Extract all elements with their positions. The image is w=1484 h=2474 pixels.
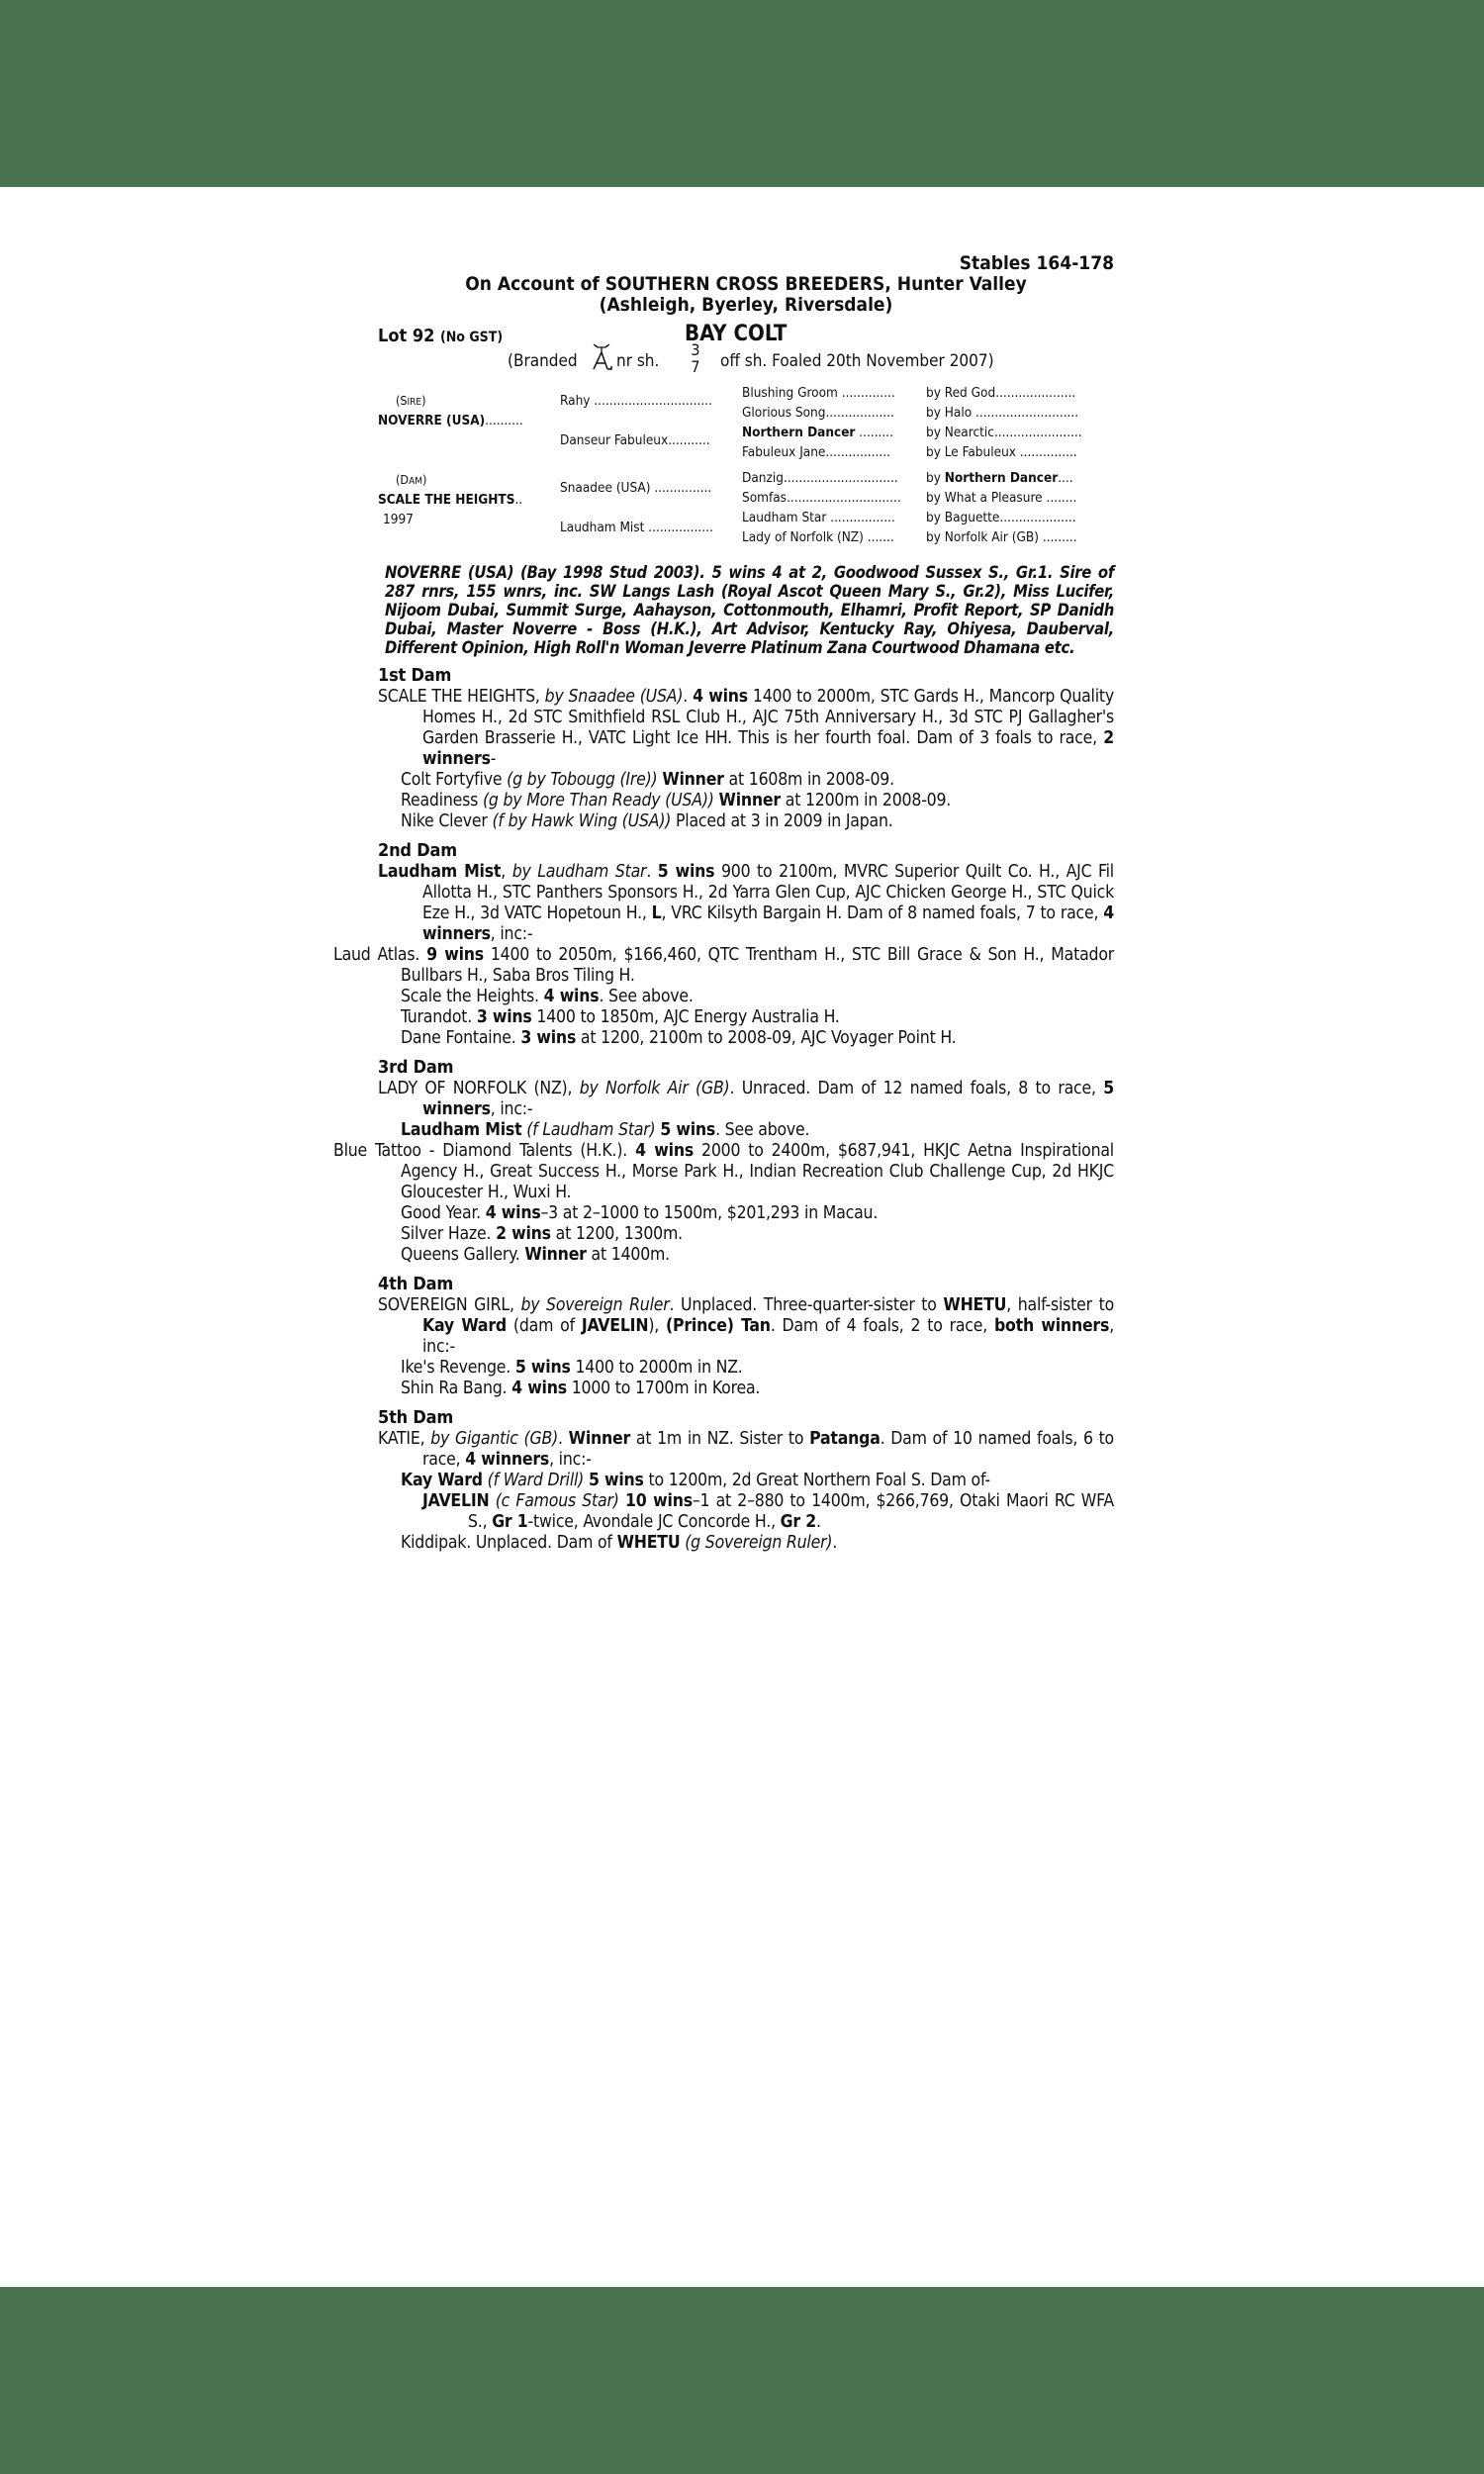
sire-name: by Red God: [926, 385, 995, 401]
progeny-wins: 2 wins: [496, 1224, 551, 1244]
progeny-wins: 4 wins: [635, 1141, 694, 1161]
progeny-text: at 1608m in 2008-09.: [724, 770, 894, 790]
brand-line: (Branded nr sh. 3 7 off sh. Foaled 20th …: [378, 347, 1114, 381]
progeny-item: Turandot. 3 wins 1400 to 1850m, AJC Ener…: [378, 1007, 1114, 1028]
progeny-wins: 3 wins: [477, 1007, 532, 1027]
sire-name: by Le Fabuleux: [926, 444, 1016, 460]
gen3-sire: by Northern Dancer....: [926, 470, 1073, 486]
progeny-wins: 5 wins: [589, 1471, 644, 1490]
gen3-sire: by Halo ...........................: [926, 405, 1078, 421]
sire-ref: by Laudham Star: [512, 862, 647, 882]
horse-name: Rahy: [560, 393, 590, 409]
progeny-item: Nike Clever (f by Hawk Wing (USA)) Place…: [378, 811, 1114, 832]
progeny-text: -twice, Avondale JC Concorde H.,: [528, 1512, 781, 1532]
winners: 4 winners: [465, 1450, 549, 1470]
dam-cell: SCALE THE HEIGHTS..: [378, 492, 522, 508]
progeny-wins: Winner: [662, 770, 723, 790]
relative-name: (Prince) Tan: [666, 1316, 771, 1336]
section-heading: 3rd Dam: [378, 1057, 1114, 1079]
dots: ...............................: [590, 393, 711, 409]
branded-mid: nr sh.: [616, 351, 659, 371]
sep: .: [670, 1295, 682, 1315]
third-dam-section: 3rd Dam LADY OF NORFOLK (NZ), by Norfolk…: [378, 1057, 1114, 1266]
sire-name: NOVERRE (USA): [378, 413, 485, 428]
dots: .......................: [994, 425, 1082, 440]
progeny-text: 1000 to 1700m in Korea.: [567, 1379, 760, 1398]
dam-name: Laudham Mist: [378, 862, 501, 882]
dam-year: 1997: [383, 512, 414, 527]
brand-denominator: 7: [689, 358, 702, 375]
gen3-row: Glorious Song..................: [742, 405, 894, 421]
dots: .........: [855, 425, 893, 440]
progeny-name: Kiddipak.: [401, 1533, 476, 1553]
progeny-item: Scale the Heights. 4 wins. See above.: [378, 987, 1114, 1007]
progeny-detail: (f Ward Drill): [488, 1471, 584, 1490]
branded-suffix: off sh. Foaled 20th November 2007): [720, 351, 994, 371]
brand-numerator: 3: [689, 341, 702, 358]
progeny-wins: 9 wins: [426, 945, 484, 965]
stables-number: Stables 164-178: [378, 252, 1114, 274]
progeny-wins: 10 wins: [625, 1491, 693, 1511]
dots: ..............................: [784, 470, 898, 486]
progeny-name: Silver Haze.: [401, 1224, 496, 1244]
sep: ,: [510, 1295, 521, 1315]
progeny-item: Laud Atlas. 9 wins 1400 to 2050m, $166,4…: [378, 945, 1114, 987]
top-green-band: [0, 0, 1484, 187]
sire-name: Northern Dancer: [945, 470, 1058, 486]
progeny-text: .: [816, 1512, 821, 1532]
dots: ...............: [650, 480, 711, 496]
group-badge: Gr 2: [781, 1512, 816, 1532]
progeny-name: Turandot.: [401, 1007, 477, 1027]
progeny-text: 1400 to 2000m in NZ.: [571, 1358, 743, 1378]
progeny-text: at 1400m.: [587, 1245, 670, 1265]
dots: ...........................: [972, 405, 1078, 421]
record-text: , half-sister to: [1006, 1295, 1114, 1315]
tail: , inc:-: [491, 924, 533, 944]
dots: ....................: [999, 510, 1075, 525]
progeny-name: Kay Ward: [401, 1471, 483, 1490]
relative-name: Patanga: [809, 1429, 881, 1449]
dam-name: SCALE THE HEIGHTS: [378, 687, 535, 707]
gen3-sire: by Le Fabuleux ...............: [926, 444, 1077, 460]
bottom-green-band: [0, 2287, 1484, 2474]
dots: ..........: [485, 413, 523, 428]
sire-ref: by Snaadee (USA): [545, 687, 684, 707]
progeny-detail: (f by Hawk Wing (USA)): [492, 811, 671, 831]
progeny-item: Queens Gallery. Winner at 1400m.: [378, 1245, 1114, 1266]
progeny-name: Nike Clever: [401, 811, 488, 831]
pedigree-table: (SIRE) NOVERRE (USA).......... (DAM) SCA…: [378, 387, 1114, 557]
dots: .................: [825, 444, 890, 460]
progeny-text: at 1200, 2100m to 2008-09, AJC Voyager P…: [576, 1028, 956, 1048]
gen3-row: Somfas..............................: [742, 490, 901, 506]
progeny-name: Queens Gallery.: [401, 1245, 524, 1265]
sep: ,: [535, 687, 545, 707]
sire-label: (SIRE): [396, 393, 426, 408]
progeny-wins: 5 wins: [515, 1358, 571, 1378]
sep: .: [558, 1429, 569, 1449]
granddam-maternal: Laudham Mist .................: [560, 520, 713, 535]
sire-name: by What a Pleasure: [926, 490, 1043, 506]
wins: 5 wins: [658, 862, 715, 882]
listed-badge: L: [652, 904, 662, 923]
tail: .: [832, 1533, 837, 1553]
sire-prefix: by: [926, 470, 945, 486]
progeny-name: Laud Atlas.: [333, 945, 426, 965]
gen3-row: Blushing Groom ..............: [742, 385, 895, 401]
progeny-text: at 1200m in 2008-09.: [781, 791, 951, 810]
dam-name: KATIE: [378, 1429, 420, 1449]
progeny-detail: (g Sovereign Ruler): [685, 1533, 832, 1553]
dots: ..: [514, 492, 522, 508]
section-heading: 5th Dam: [378, 1407, 1114, 1429]
progeny-wins: Winner: [524, 1245, 586, 1265]
progeny-detail: (g by More Than Ready (USA)): [483, 791, 714, 810]
section-heading: 1st Dam: [378, 665, 1114, 687]
dam-record: LADY OF NORFOLK (NZ), by Norfolk Air (GB…: [378, 1079, 1114, 1120]
progeny-item: Laudham Mist (f Laudham Star) 5 wins. Se…: [378, 1120, 1114, 1141]
progeny-name: JAVELIN: [422, 1491, 489, 1511]
horse-name: Glorious Song: [742, 405, 825, 421]
branded-prefix: (Branded: [508, 351, 578, 371]
sire-ref: by Gigantic (GB): [430, 1429, 558, 1449]
progeny-wins: 5 wins: [660, 1120, 715, 1140]
lot-label: Lot 92: [378, 326, 434, 346]
progeny-wins: Winner: [719, 791, 781, 810]
sep: ,: [501, 862, 511, 882]
progeny-item: Ike's Revenge. 5 wins 1400 to 2000m in N…: [378, 1358, 1114, 1379]
vendor-line: On Account of SOUTHERN CROSS BREEDERS, H…: [378, 274, 1114, 295]
dam-name: LADY OF NORFOLK (NZ): [378, 1079, 568, 1098]
gen3-row: Fabuleux Jane.................: [742, 444, 890, 460]
record-text: Unplaced. Three-quarter-sister to: [681, 1295, 943, 1315]
progeny-item: Readiness (g by More Than Ready (USA)) W…: [378, 791, 1114, 811]
dots: ...........: [668, 432, 709, 448]
progeny-wins: 3 wins: [520, 1028, 576, 1048]
horse-name: Laudham Mist: [560, 520, 644, 535]
horse-name: Northern Dancer: [742, 425, 855, 440]
progeny-item: Good Year. 4 wins–3 at 2–1000 to 1500m, …: [378, 1203, 1114, 1224]
progeny-detail: (g by Tobougg (Ire)): [507, 770, 657, 790]
progeny-name: Blue Tattoo - Diamond Talents (H.K.).: [333, 1141, 635, 1161]
progeny-text: at 1200, 1300m.: [551, 1224, 683, 1244]
vendor-farms: (Ashleigh, Byerley, Riversdale): [378, 295, 1114, 316]
lot-row: Lot 92 (No GST) BAY COLT: [378, 322, 1114, 347]
progeny-wins: 4 wins: [511, 1379, 567, 1398]
horse-name: Danzig: [742, 470, 784, 486]
dam-label: (DAM): [396, 472, 426, 487]
progeny-name: Readiness: [401, 791, 478, 810]
horse-name: Fabuleux Jane: [742, 444, 825, 460]
progeny-text: –3 at 2–1000 to 1500m, $201,293 in Macau…: [541, 1203, 879, 1223]
dots: ...............: [1016, 444, 1077, 460]
fourth-dam-section: 4th Dam SOVEREIGN GIRL, by Sovereign Rul…: [378, 1274, 1114, 1399]
dots: .................: [826, 510, 894, 525]
dam-record: SOVEREIGN GIRL, by Sovereign Ruler. Unpl…: [378, 1295, 1114, 1358]
progeny-name: Dane Fontaine.: [401, 1028, 520, 1048]
grandsire-maternal: Snaadee (USA) ...............: [560, 480, 711, 496]
wins: 4 wins: [693, 687, 748, 707]
sep: .: [683, 687, 693, 707]
progeny-text: . See above.: [599, 987, 693, 1006]
progeny-item: Blue Tattoo - Diamond Talents (H.K.). 4 …: [378, 1141, 1114, 1203]
record-text: ),: [648, 1316, 666, 1336]
progeny-item: Colt Fortyfive (g by Tobougg (Ire)) Winn…: [378, 770, 1114, 791]
gen3-row: Northern Dancer .........: [742, 425, 893, 440]
progeny-text: 1400 to 1850m, AJC Energy Australia H.: [532, 1007, 840, 1027]
progeny-item: Kay Ward (f Ward Drill) 5 wins to 1200m,…: [378, 1471, 1114, 1491]
horse-name: Blushing Groom: [742, 385, 838, 401]
horse-name: Danseur Fabuleux: [560, 432, 668, 448]
gen3-row: Laudham Star .................: [742, 510, 895, 525]
sire-cell: NOVERRE (USA)..........: [378, 413, 523, 428]
relative-name: WHETU: [617, 1533, 681, 1553]
sire-name: by Nearctic: [926, 425, 994, 440]
sire-ref: by Sovereign Ruler: [520, 1295, 669, 1315]
sire-name: by Halo: [926, 405, 972, 421]
sire-ref: by Norfolk Air (GB): [580, 1079, 730, 1098]
progeny-name: Colt Fortyfive: [401, 770, 502, 790]
record-text: . Dam of 4 foals, 2 to race,: [771, 1316, 994, 1336]
sep: ,: [420, 1429, 431, 1449]
dots: .................: [644, 520, 712, 535]
relative-name: Kay Ward: [422, 1316, 507, 1336]
grandsire-paternal: Rahy ...............................: [560, 393, 712, 409]
progeny-detail: (f Laudham Star): [526, 1120, 655, 1140]
horse-name: Somfas: [742, 490, 787, 506]
gen3-sire: by What a Pleasure ........: [926, 490, 1076, 506]
sire-name: by Norfolk Air (GB): [926, 529, 1039, 545]
gen3-row: Lady of Norfolk (NZ) .......: [742, 529, 894, 545]
relative-name: JAVELIN: [582, 1316, 648, 1336]
progeny-wins: 4 wins: [544, 987, 600, 1006]
record-text: , VRC Kilsyth Bargain H. Dam of 8 named …: [662, 904, 1104, 923]
gen3-sire: by Baguette....................: [926, 510, 1076, 525]
record-text: (dam of: [507, 1316, 582, 1336]
tail: , inc:-: [549, 1450, 592, 1470]
progeny-text: Unplaced. Dam of: [476, 1533, 617, 1553]
fifth-dam-section: 5th Dam KATIE, by Gigantic (GB). Winner …: [378, 1407, 1114, 1554]
gen3-sire: by Norfolk Air (GB) .........: [926, 529, 1077, 545]
dots: ........: [1043, 490, 1077, 506]
gen3-row: Danzig..............................: [742, 470, 898, 486]
dam-name: SCALE THE HEIGHTS: [378, 492, 514, 508]
progeny-text: . See above.: [715, 1120, 809, 1140]
dots: ..............................: [787, 490, 901, 506]
sep: ,: [568, 1079, 580, 1098]
lot-number: Lot 92 (No GST): [378, 326, 503, 346]
progeny-name: Ike's Revenge.: [401, 1358, 515, 1378]
progeny-name: Shin Ra Bang.: [401, 1379, 511, 1398]
dots: .......: [864, 529, 894, 545]
record-text: at 1m in NZ. Sister to: [630, 1429, 809, 1449]
brand-mark-icon: [589, 341, 614, 373]
progeny-wins: 4 wins: [486, 1203, 541, 1223]
sire-summary: NOVERRE (USA) (Bay 1998 Stud 2003). 5 wi…: [378, 563, 1114, 657]
dots: .........: [1039, 529, 1077, 545]
dots: ..................: [825, 405, 893, 421]
brand-fraction: 3 7: [689, 341, 702, 375]
relative-name: WHETU: [943, 1295, 1006, 1315]
progeny-item: Kiddipak. Unplaced. Dam of WHETU (g Sove…: [378, 1533, 1114, 1554]
progeny-detail: (c Famous Star): [496, 1491, 619, 1511]
gen3-sire: by Red God.....................: [926, 385, 1075, 401]
granddam-paternal: Danseur Fabuleux...........: [560, 432, 710, 448]
tail: -: [491, 749, 496, 769]
progeny-text: Placed at 3 in 2009 in Japan.: [676, 811, 893, 831]
first-dam-section: 1st Dam SCALE THE HEIGHTS, by Snaadee (U…: [378, 665, 1114, 832]
second-dam-section: 2nd Dam Laudham Mist, by Laudham Star. 5…: [378, 840, 1114, 1049]
dam-name: SOVEREIGN GIRL: [378, 1295, 510, 1315]
group-badge: Gr 1: [492, 1512, 527, 1532]
progeny-text: 1400 to 2050m, $166,460, QTC Trentham H.…: [401, 945, 1114, 986]
horse-name: Lady of Norfolk (NZ): [742, 529, 864, 545]
progeny-name: Good Year.: [401, 1203, 486, 1223]
progeny-item-nested: JAVELIN (c Famous Star) 10 wins–1 at 2–8…: [378, 1491, 1114, 1533]
progeny-text: to 1200m, 2d Great Northern Foal S. Dam …: [644, 1471, 990, 1490]
record-text: Unraced. Dam of 12 named foals, 8 to rac…: [742, 1079, 1104, 1098]
dam-record: Laudham Mist, by Laudham Star. 5 wins 90…: [378, 862, 1114, 945]
tail: , inc:-: [491, 1099, 533, 1119]
dots: ....: [1058, 470, 1072, 486]
lot-tax-note: (No GST): [440, 330, 503, 345]
sep: .: [646, 862, 657, 882]
dots: ..............: [838, 385, 895, 401]
horse-name: Laudham Star: [742, 510, 826, 525]
sire-name: by Baguette: [926, 510, 999, 525]
winners: both winners: [994, 1316, 1109, 1336]
progeny-name: Laudham Mist: [401, 1120, 521, 1140]
catalogue-page: Stables 164-178 On Account of SOUTHERN C…: [378, 252, 1114, 1554]
progeny-name: Scale the Heights.: [401, 987, 544, 1006]
horse-name: Snaadee (USA): [560, 480, 650, 496]
progeny-item: Dane Fontaine. 3 wins at 1200, 2100m to …: [378, 1028, 1114, 1049]
sep: .: [730, 1079, 742, 1098]
section-heading: 2nd Dam: [378, 840, 1114, 862]
progeny-item: Silver Haze. 2 wins at 1200, 1300m.: [378, 1224, 1114, 1245]
dam-record: KATIE, by Gigantic (GB). Winner at 1m in…: [378, 1429, 1114, 1471]
dots: .....................: [995, 385, 1075, 401]
section-heading: 4th Dam: [378, 1274, 1114, 1295]
wins: Winner: [569, 1429, 630, 1449]
progeny-item: Shin Ra Bang. 4 wins 1000 to 1700m in Ko…: [378, 1379, 1114, 1399]
gen3-sire: by Nearctic.......................: [926, 425, 1082, 440]
dam-record: SCALE THE HEIGHTS, by Snaadee (USA). 4 w…: [378, 687, 1114, 770]
